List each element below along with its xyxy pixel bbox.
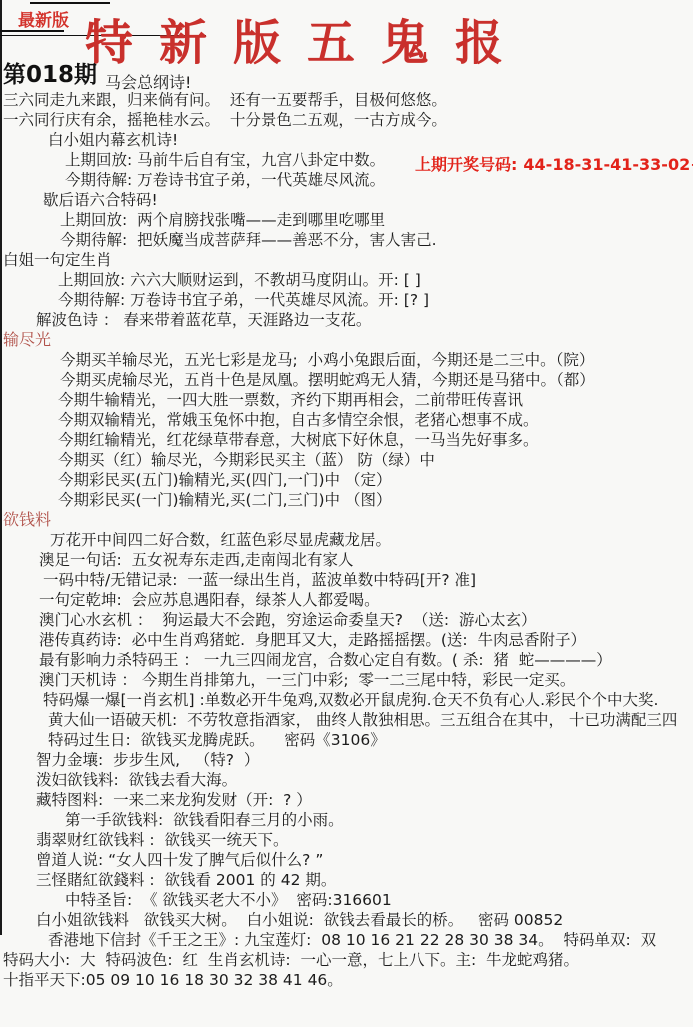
- shujinguang-line-8: 今期彩民买(一门)输精光,买(二门,三门)中 （图）: [58, 490, 693, 510]
- yuqianliao-line-4: 一句定乾坤: 会应苏息遇阳春，绿茶人人都爱喝。: [39, 590, 693, 610]
- yuqianliao-line-15: 第一手欲钱料: 欲钱看阳春三月的小雨。: [65, 810, 693, 830]
- jiebose-line: 解波色诗 ： 春来带着蓝花草，天涯路边一支花。: [36, 310, 693, 330]
- yuqianliao-line-1: 万花开中间四二好合数，红蓝色彩尽显虎藏龙居。: [50, 530, 693, 550]
- issue-number: 第018期: [3, 56, 97, 89]
- yuqianliao-line-18: 三怪賭紅欲錢料 : 欲钱看 2001 的 42 期。: [36, 870, 693, 890]
- general-poem-line-2: 一六同行庆有余，摇艳桂水云。 十分景色二五观，一古方成今。: [3, 110, 693, 130]
- shujinguang-line-5: 今期红输精光，红花绿草带春意，大树底下好休息，一马当先好事多。: [58, 430, 693, 450]
- yuqianliao-line-16: 翡翠财红欲钱料 : 欲钱买一统天下。: [36, 830, 693, 850]
- yuqianliao-line-19: 中特圣旨: 《 欲钱买老大不小》 密码:316601: [65, 890, 693, 910]
- baijie-curr: 今期待解: 万卷诗书宜子弟，一代英雄尽风流。开: [? ]: [58, 290, 693, 310]
- masthead-rule-under-1: [0, 30, 64, 32]
- shujinguang-line-3: 今期牛输精光，一四大胜一票数，齐约下期再相会，二前带旺传喜讯: [58, 390, 693, 410]
- tip-sheet-page: 最新版 特新版五鬼报 第018期 马会总纲诗! 上期开奖号码:44-18-31-…: [0, 0, 693, 1027]
- yuqianliao-line-6: 港传真药诗: 必中生肖鸡猪蛇. 身肥耳又大，走路摇摇摆。(送: 牛肉忌香附子）: [39, 630, 693, 650]
- xiehouyu-curr: 今期待解: 把妖魔当成菩萨拜——善恶不分，害人害己.: [60, 230, 693, 250]
- shujinguang-line-2: 今期买虎输尽光，五肖十色是凤凰。摆明蛇鸡无人猜，今期还是马猪中。（都）: [60, 370, 693, 390]
- left-border-rule: [0, 0, 2, 935]
- yuqianliao-line-2: 澳足一句话: 五女祝寿东走西,走南闯北有家人: [39, 550, 693, 570]
- xiehouyu-heading: 歇后语六合特码!: [43, 190, 693, 210]
- yuqianliao-line-14: 藏特图料: 一来二来龙狗发财（开: ? ）: [36, 790, 693, 810]
- baijie-prev: 上期回放: 六六大顺财运到，不教胡马度阴山。开: [ ]: [58, 270, 693, 290]
- shujinguang-line-7: 今期彩民买(五门)输精光,买(四门,一门)中 （定）: [58, 470, 693, 490]
- yuqianliao-line-8: 澳门天机诗 ： 今期生肖排第九，一三门中彩; 零一二三尾中特，彩民一定买。: [39, 670, 693, 690]
- yuqianliao-line-5: 澳门心水玄机 ： 狗运最大不会跑，穷途运命委皇天? （送: 游心太玄）: [39, 610, 693, 630]
- yuqianliao-line-11: 特码过生日: 欲钱买龙腾虎跃。 密码《3106》: [48, 730, 693, 750]
- shujinguang-label: 输尽光: [3, 330, 693, 350]
- yuqianliao-line-20: 白小姐欲钱料 欲钱买大树。 白小姐说: 欲钱去看最长的桥。 密码 00852: [36, 910, 693, 930]
- page-title: 特新版五鬼报: [85, 4, 529, 73]
- yuqianliao-line-17: 曾道人说: “女人四十发了脾气后似什么? ”: [36, 850, 693, 870]
- yuqianliao-label: 欲钱料: [3, 510, 693, 530]
- general-poem-line-1: 三六同走九来跟，归来倘有问。 还有一五要帮手，目极何悠悠。: [3, 90, 693, 110]
- baixiaojie-curr: 今期待解: 万卷诗书宜子弟，一代英雄尽风流。: [65, 170, 693, 190]
- shujinguang-line-4: 今期双输精光，常娥玉兔怀中抱，自古多情空余恨，老猪心想事不成。: [58, 410, 693, 430]
- shujinguang-line-6: 今期买（红）输尽光，今期彩民买主（蓝） 防（绿）中: [58, 450, 693, 470]
- baixiaojie-prev: 上期回放: 马前牛后自有宝，九宫八卦定中数。: [65, 150, 693, 170]
- xiehouyu-prev: 上期回放: 两个肩膀找张嘴——走到哪里吃哪里: [60, 210, 693, 230]
- edition-tag: 最新版: [18, 6, 69, 31]
- shujinguang-line-1: 今期买羊输尽光，五光七彩是龙马; 小鸡小兔跟后面，今期还是二三中。（院）: [60, 350, 693, 370]
- yuqianliao-line-10: 黄大仙一语破天机: 不劳牧意指酒家， 曲终人散独相思。三五组合在其中， 十已功满…: [48, 710, 693, 730]
- yuqianliao-line-9: 特码爆一爆[一肖玄机] :单数必开牛兔鸡,双数必开鼠虎狗.仓天不负有心人.彩民个…: [43, 690, 693, 710]
- baijie-heading: 白姐一句定生肖: [3, 250, 693, 270]
- body-text: 三六同走九来跟，归来倘有问。 还有一五要帮手，目极何悠悠。 一六同行庆有余，摇艳…: [3, 90, 693, 990]
- yuqianliao-line-12: 智力金壤: 步步生风, （特? ）: [36, 750, 693, 770]
- footer-line-2: 特码大小: 大 特码波色: 红 生肖玄机诗: 一心一意，七上八下。主: 牛龙蛇鸡…: [3, 950, 693, 970]
- footer-line-3: 十指平天下:05 09 10 16 18 30 32 38 41 46。: [3, 970, 693, 990]
- yuqianliao-line-13: 泼妇欲钱料: 欲钱去看大海。: [36, 770, 693, 790]
- footer-line-1: 香港地下信封《千王之王》: 九宝莲灯: 08 10 16 21 22 28 30…: [48, 930, 693, 950]
- yuqianliao-line-3: 一码中特/无错记录: 一蓝一绿出生肖，蓝波单数中特码[开? 准]: [43, 570, 693, 590]
- yuqianliao-line-7: 最有影响力杀特码王 ： 一九三四闹龙宫，合数心定自有数。( 杀: 猪 蛇————…: [39, 650, 693, 670]
- baixiaojie-heading: 白小姐内幕玄机诗!: [48, 130, 693, 150]
